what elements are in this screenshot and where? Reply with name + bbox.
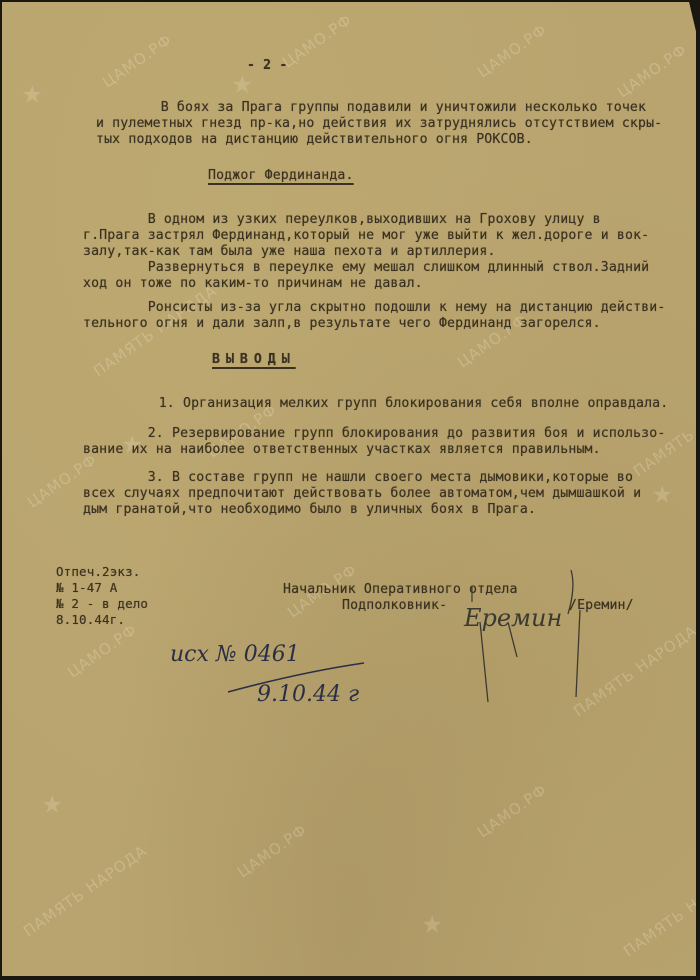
signature-stroke bbox=[508, 622, 517, 657]
signature-stroke bbox=[568, 570, 573, 614]
pen-strokes bbox=[2, 2, 696, 976]
signature-stroke bbox=[480, 622, 488, 702]
archival-document-page: ЦАМО.РФ ЦАМО.РФ ЦАМО.РФ ЦАМО.РФ ПАМЯТЬ Н… bbox=[2, 2, 696, 976]
handwritten-underline bbox=[228, 663, 364, 692]
signature-stroke bbox=[576, 610, 580, 697]
